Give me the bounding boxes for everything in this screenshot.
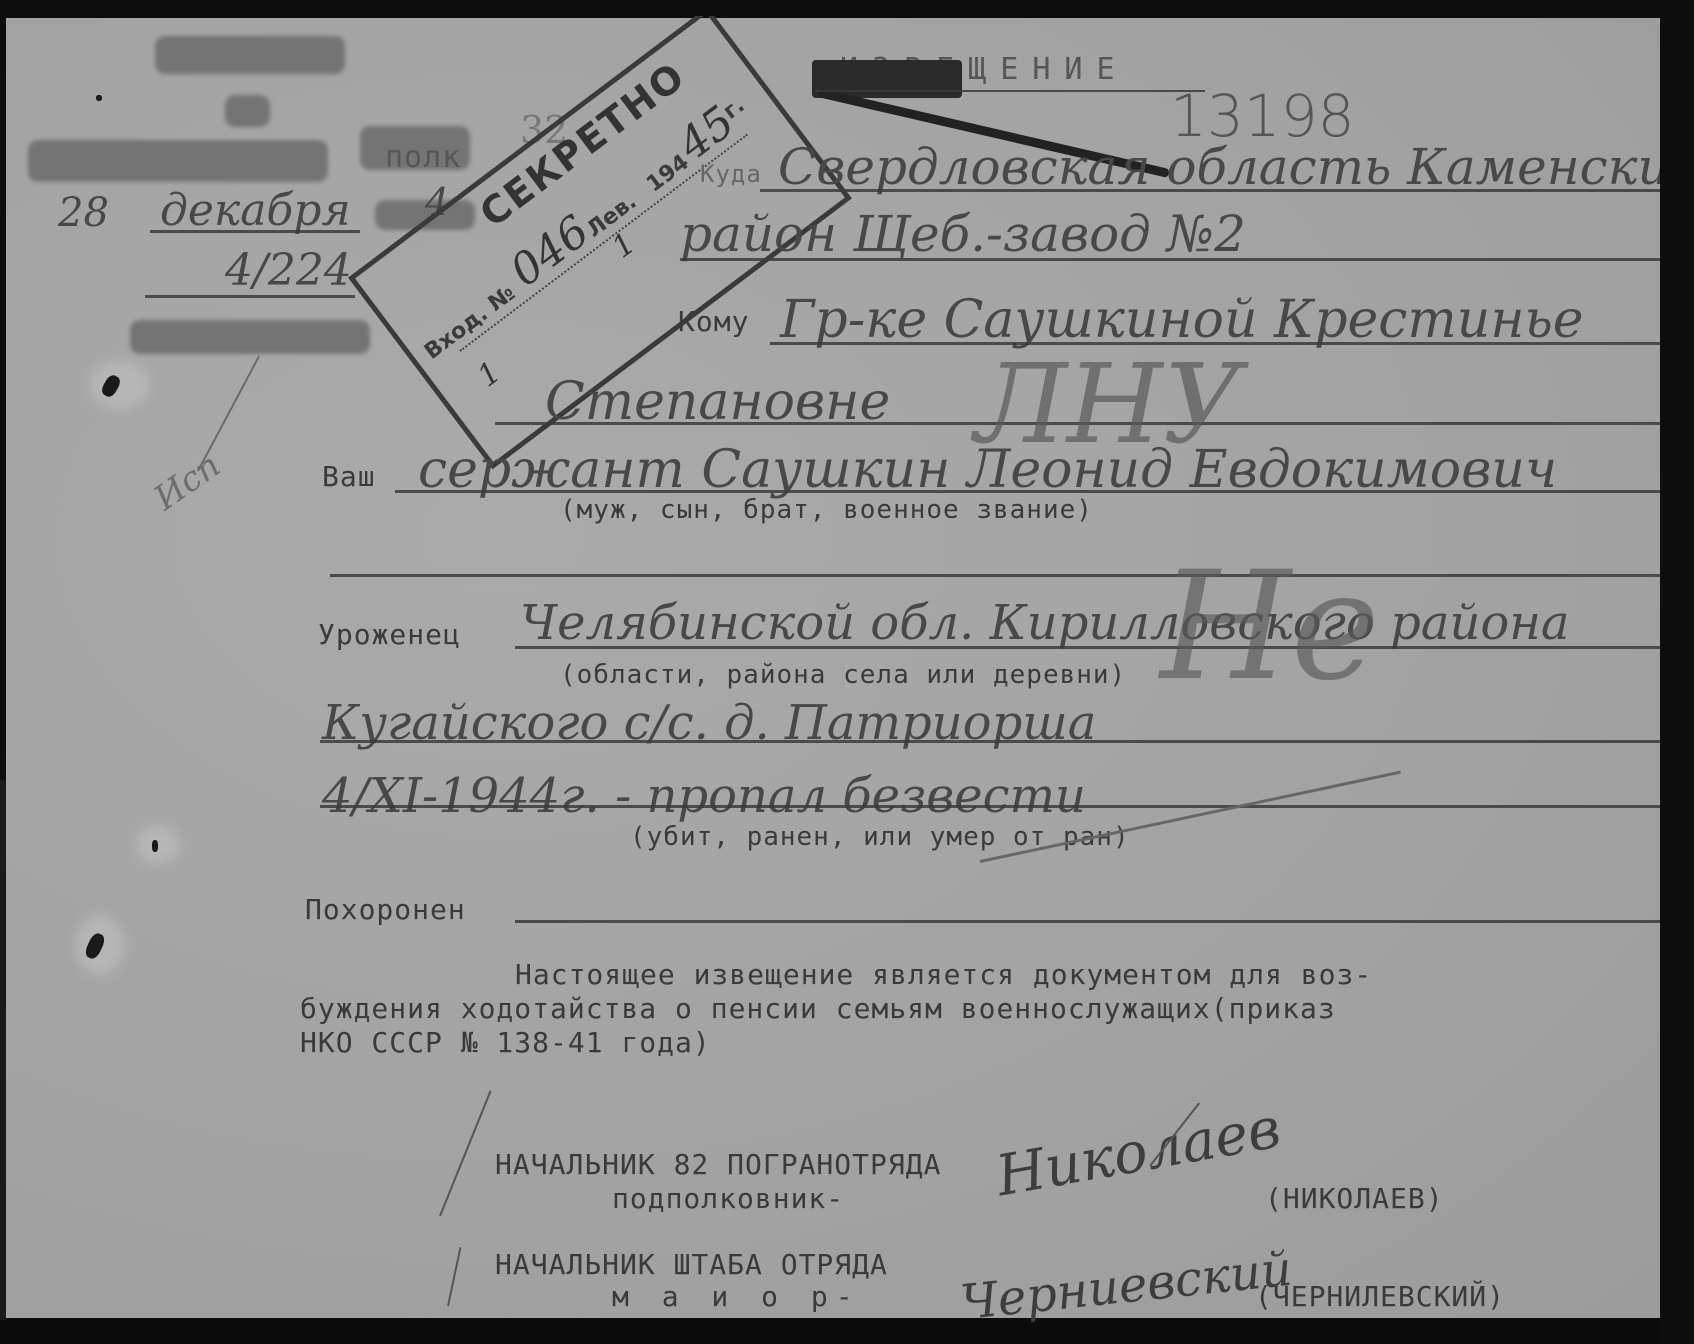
burial-label: Похоронен	[305, 893, 466, 926]
title-underline	[815, 90, 1205, 92]
burial-rule	[515, 920, 1660, 923]
stamp-sheet-value: 1	[606, 226, 642, 265]
signatory1-title: НАЧАЛЬНИК 82 ПОГРАНОТРЯДА	[495, 1148, 941, 1181]
paper-right-edge	[1660, 0, 1694, 1344]
birthplace-line1-rule	[515, 646, 1660, 649]
fate-value: 4/XI-1944г. - пропал безвести	[322, 768, 1086, 824]
fate-hint: (убит, ранен, или умер от ран)	[630, 822, 1130, 852]
resolution-mark-1: ЛНУ	[975, 340, 1242, 468]
stamp-date-month: декабря	[160, 185, 351, 236]
birthplace-label: Уроженец	[318, 618, 461, 651]
birthplace-line1: Челябинской обл. Кирилловского района	[520, 595, 1569, 651]
address-label: Куда	[700, 160, 762, 188]
redacted-stamp-line2	[225, 95, 270, 127]
soldier-hint: (муж, сын, брат, военное звание)	[560, 495, 1093, 525]
stamp-year-label: 194	[642, 150, 694, 198]
address-line2: район Щеб.-завод №2	[680, 205, 1246, 263]
redacted-stamp-line4	[130, 320, 370, 354]
birthplace-line2-rule	[320, 740, 1660, 743]
recipient-label: Кому	[678, 305, 749, 338]
redacted-stamp-line1	[155, 36, 345, 74]
signatory1-rank: подполковник-	[612, 1182, 844, 1215]
tear-halo-1	[90, 360, 150, 410]
address-line1: Свердловская область Каменский	[778, 138, 1694, 196]
signatory2-title: НАЧАЛЬНИК ШТАБА ОТРЯДА	[495, 1248, 888, 1281]
outgoing-number: 4/224	[225, 245, 352, 296]
stamp-date-day: 28	[58, 190, 109, 236]
unit-suffix: полк	[385, 140, 461, 175]
scan-background	[0, 1318, 1694, 1344]
legal-text-line2: буждения ходотайства о пенсии семьям вое…	[300, 992, 1336, 1025]
paper-tear-2	[152, 840, 158, 852]
stamp-extra-mark: 1	[471, 355, 507, 394]
soldier-label: Ваш	[322, 460, 376, 493]
stamp-inbound-label: Вход. №	[420, 281, 520, 365]
stamp-date-underline	[150, 230, 360, 233]
paper-left-edge	[0, 780, 6, 1320]
redacted-stamp-line3	[28, 140, 328, 182]
soldier-rule	[395, 490, 1660, 493]
address-line2-rule	[680, 258, 1660, 261]
signatory2-rank: м а и о р-	[612, 1280, 861, 1313]
legal-text-line3: НКО СССР № 138-41 года)	[300, 1026, 711, 1059]
birthplace-hint: (области, района села или деревни)	[560, 660, 1126, 690]
resolution-mark-2: Не	[1160, 540, 1380, 714]
address-line1-rule	[760, 189, 1660, 192]
outgoing-number-underline	[145, 295, 355, 298]
paper-top-edge	[0, 0, 1694, 16]
soldier-extra-rule	[330, 574, 1660, 577]
paper-speck-1	[96, 95, 102, 101]
fate-rule	[320, 805, 1660, 808]
legal-text-line1: Настоящее извещение является документом …	[515, 958, 1372, 991]
signatory1-name: (НИКОЛАЕВ)	[1265, 1182, 1444, 1215]
